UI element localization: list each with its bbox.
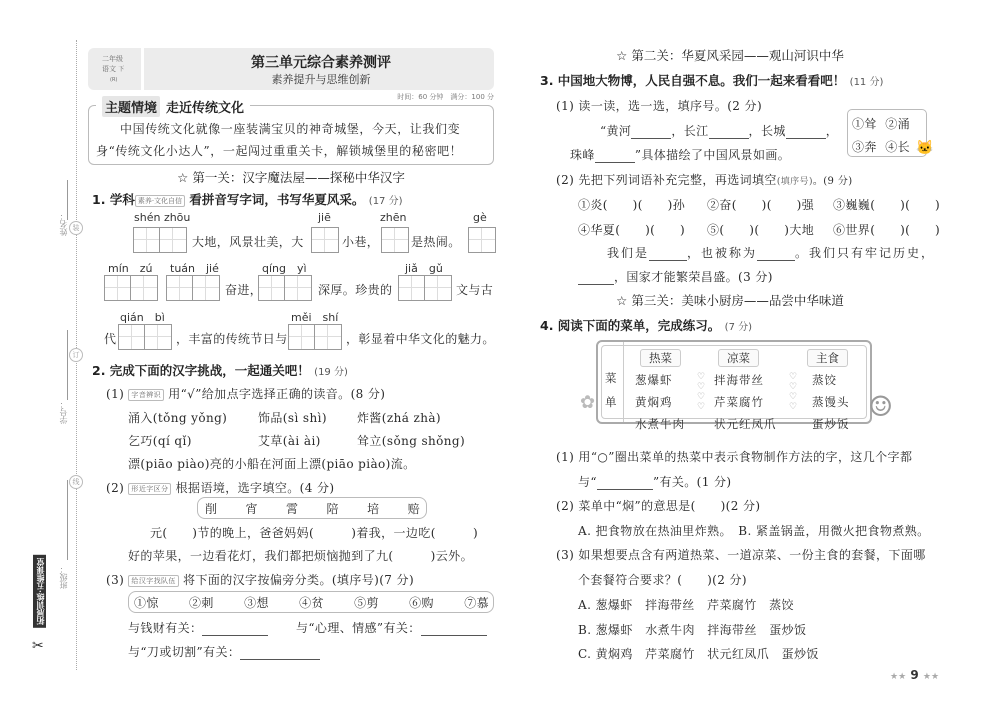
q3-score: (11 分) <box>850 77 884 88</box>
page-number: ★★ 9 ★★ <box>890 668 939 682</box>
word-6[interactable]: ⑥世界( )( ) <box>833 221 940 238</box>
sub-text: 用“√”给加点字选择正确的读音。(8 分) <box>168 387 385 401</box>
char-row: ①惊 ②刺 ③想 ④贫 ⑤剪 ⑥购 ⑦慕 <box>134 594 489 611</box>
level1-title: ☆ 第一关：汉字魔法屋——探秘中华汉字 <box>88 168 494 186</box>
text: 我们是 <box>607 246 649 260</box>
q1-text1: 大地，风景壮美，大 <box>192 233 304 250</box>
class-underline <box>67 480 68 560</box>
sub-label: (1) <box>106 387 124 401</box>
option: ②涌 <box>885 117 910 131</box>
option: ③奔 <box>852 140 877 154</box>
char-grid-tuanjie[interactable] <box>166 275 220 301</box>
pron-item-2[interactable]: 饰品(sì shì) <box>258 409 327 426</box>
text: 与“ <box>578 475 597 489</box>
pinyin-meishi: měi shí <box>291 309 338 325</box>
page-num-value: 9 <box>910 668 918 682</box>
option-row-2: ③奔 ④长 <box>852 138 910 155</box>
menu-item: 黄焖鸡 <box>635 394 673 410</box>
heart-divider-icon: ♡♡♡♡ <box>789 372 797 412</box>
menu-col-cold: 凉菜 <box>718 349 759 367</box>
q4-sub2[interactable]: (2) 菜单中“焖”的意思是( )(2 分) <box>556 497 760 514</box>
word-5[interactable]: ⑤( )( )大地 <box>707 221 814 238</box>
heart-divider-icon: ♡♡♡♡ <box>697 372 705 412</box>
q3-sub1-title: (1) 读一读，选一选，填序号。(2 分) <box>556 97 762 114</box>
char-grid-jiagu[interactable] <box>398 275 452 301</box>
choice-char: 霄 <box>286 500 298 517</box>
option: ①耸 <box>852 117 877 131</box>
sub-label: (2) <box>106 481 124 495</box>
star-icon: ★★ <box>890 672 906 682</box>
sub-tag: 字音辨识 <box>128 389 164 401</box>
cat-illustration-icon: 🐱 <box>916 140 933 156</box>
theme-tag: 主题情境 <box>102 96 160 117</box>
menu-side-char: 单 <box>605 394 618 410</box>
q1-text3: 是热闹。 <box>411 233 461 250</box>
page-title: 第三单元综合素养测评 <box>148 52 494 72</box>
menu-item: 蒸饺 <box>812 372 837 388</box>
char-grid-jie[interactable] <box>311 227 339 253</box>
q1-text4: 奋进， <box>225 281 262 298</box>
q1-text5: 深厚。珍贵的 <box>318 281 392 298</box>
answer-blank[interactable] <box>597 489 653 490</box>
pinyin-ge: gè <box>473 211 487 224</box>
char-grid-qingyi[interactable] <box>258 275 312 301</box>
menu-item: 蛋炒饭 <box>812 416 850 432</box>
q1-prefix: 学科 <box>110 192 135 207</box>
answer-blank[interactable] <box>709 138 749 139</box>
pinyin-zhen: zhēn <box>380 211 407 224</box>
score: 。(9 分) <box>813 176 853 187</box>
choice-char: 赔 <box>408 500 420 517</box>
bind-circle-3: 线 <box>69 475 83 489</box>
word-3[interactable]: ③巍巍( )( ) <box>833 196 940 213</box>
edition-label: (R) <box>102 75 141 85</box>
pinyin-qianbi: qián bì <box>120 309 165 325</box>
pinyin-jie: jiē <box>318 211 331 224</box>
choice-row: 削 宵 霄 陪 培 赔 <box>205 500 420 517</box>
text: ，也被称为 <box>687 246 757 260</box>
q1-text: 看拼音写字词，书写华夏风采。 <box>189 192 364 207</box>
text: ”具体描绘了中国风景如画。 <box>635 148 790 162</box>
cat-label: 与“心理、情感”有关： <box>296 621 421 635</box>
char-grid-ge[interactable] <box>468 227 496 253</box>
q2-text: 2. 完成下面的汉字挑战，一起通关吧！ <box>92 363 310 378</box>
cut-tag: 拓展训练·五维课堂 <box>33 555 46 628</box>
q3-sub2-title: (2) 先把下列词语补充完整，再选词填空(填序号)。(9 分) <box>556 171 853 188</box>
pron-item-5[interactable]: 艾草(ài ài) <box>258 432 321 449</box>
scissors-icon: ✂ <box>32 638 44 654</box>
bind-circle-1: 装 <box>69 221 83 235</box>
text: ， <box>826 124 838 138</box>
flower-decoration-icon: ✿ <box>580 392 595 413</box>
choice-char: 培 <box>367 500 379 517</box>
pinyin-minzu: mín zú <box>108 260 153 276</box>
cat-money: 与钱财有关： <box>128 619 268 636</box>
char-grid-shenzhou[interactable] <box>133 227 187 253</box>
q4-option-a[interactable]: A. 葱爆虾 拌海带丝 芹菜腐竹 蒸饺 <box>578 596 794 613</box>
text: 。我们只有牢记历史， <box>795 246 935 260</box>
choice-char: 宵 <box>246 500 258 517</box>
volume-label: 下 <box>118 66 124 73</box>
pron-item-3[interactable]: 炸酱(zhá zhà) <box>357 409 441 426</box>
answer-blank[interactable] <box>202 635 268 636</box>
char-option: ⑥购 <box>409 594 434 611</box>
q2-sub3-title: (3) 给汉字找队伍 将下面的汉字按偏旁分类。(填序号)(7 分) <box>106 571 414 588</box>
q4-sub3-line1: (3) 如果想要点含有两道热菜、一道凉菜、一份主食的套餐，下面哪 <box>556 546 926 563</box>
text: ，国家才能繁荣昌盛。(3 分) <box>614 270 773 284</box>
menu-item: 状元红凤爪 <box>714 416 777 432</box>
answer-blank[interactable] <box>595 162 635 163</box>
q1-tag: 素养·文化自信 <box>135 195 185 207</box>
menu-item: 水煮牛肉 <box>635 416 685 432</box>
answer-blank[interactable] <box>757 260 795 261</box>
theme-heading: 主题情境 走近传统文化 <box>96 96 250 117</box>
q2-title: 2. 完成下面的汉字挑战，一起通关吧！ (19 分) <box>92 361 348 379</box>
id-underline <box>67 330 68 400</box>
text: “黄河 <box>600 124 631 138</box>
q4-sub3-line2[interactable]: 个套餐符合要求？( )(2 分) <box>578 571 747 588</box>
text: ，长城 <box>749 124 786 138</box>
answer-blank[interactable] <box>786 138 826 139</box>
level2-title: ☆ 第二关：华夏风采园——观山河识中华 <box>540 46 920 64</box>
grade-badge: 二年级 语文 下 (R) <box>88 48 144 90</box>
sub-text: 根据语境，选字填空。(4 分) <box>176 481 335 495</box>
pinyin-jiagu: jiǎ gǔ <box>405 260 443 276</box>
q1-text8: ，丰富的传统节日与 <box>176 330 288 347</box>
q2-score: (19 分) <box>314 367 348 378</box>
bind-circle-2: 订 <box>69 348 83 362</box>
char-grid-meishi[interactable] <box>288 324 342 350</box>
q4-sub1-line2: 与“”有关。(1 分) <box>578 473 732 490</box>
page-subtitle: 素养提升与思维创新 <box>148 71 494 87</box>
q3-sub1-line1: “黄河，长江，长城， <box>600 122 838 139</box>
word-4[interactable]: ④华夏( )( ) <box>578 221 685 238</box>
pron-item-6[interactable]: 耸立(sǒng shǒng) <box>357 432 465 449</box>
answer-blank[interactable] <box>631 138 671 139</box>
pron-item-7[interactable]: 漂(piāo piào)亮的小船在河面上漂(piāo piào)流。 <box>128 455 416 472</box>
answer-blank[interactable] <box>649 260 687 261</box>
text: ，长江 <box>671 124 708 138</box>
sub-tag: 给汉字找队伍 <box>128 575 178 587</box>
word-2[interactable]: ②奋( )( )强 <box>707 196 814 213</box>
q1-text6: 文与古 <box>456 281 493 298</box>
subject-label: 语文 <box>102 65 116 73</box>
page-header: 二年级 语文 下 (R) 第三单元综合素养测评 素养提升与思维创新 <box>88 48 494 90</box>
q1-score: (17 分) <box>369 196 403 207</box>
class-label: 班级： <box>58 565 69 589</box>
theme-title: 走近传统文化 <box>166 97 244 116</box>
menu-side-char: 菜 <box>605 370 618 386</box>
menu-item: 蒸馒头 <box>812 394 850 410</box>
choice-char: 陪 <box>327 500 339 517</box>
q1-text9: ，彰显着中华文化的魅力。 <box>346 330 495 347</box>
answer-blank[interactable] <box>240 659 320 660</box>
q2-sub1-title: (1) 字音辨识 用“√”给加点字选择正确的读音。(8 分) <box>106 385 385 402</box>
char-option: ⑤剪 <box>354 594 379 611</box>
menu-item: 芹菜腐竹 <box>714 394 764 410</box>
q4-title: 4. 阅读下面的菜单，完成练习。 (7 分) <box>540 316 752 334</box>
cat-label: 与“刀或切割”有关： <box>128 645 240 659</box>
q4-text: 4. 阅读下面的菜单，完成练习。 <box>540 318 720 333</box>
pinyin-shenzhou: shén zhōu <box>134 211 190 224</box>
q1-num: 1. <box>92 192 105 207</box>
sub-text: 将下面的汉字按偏旁分类。(填序号)(7 分) <box>183 573 414 587</box>
char-option: ③想 <box>244 594 269 611</box>
pron-item-1[interactable]: 涌入(tǒng yǒng) <box>128 409 227 426</box>
fill-line-2[interactable]: 好的苹果，一边看花灯，我们都把烦恼抛到了九( )云外。 <box>128 547 473 564</box>
answer-blank[interactable] <box>421 635 487 636</box>
q1-text7: 代 <box>104 330 116 347</box>
option: ④长 <box>885 140 910 154</box>
char-option: ④贫 <box>299 594 324 611</box>
pron-item-4[interactable]: 乞巧(qí qǐ) <box>128 432 192 449</box>
menu-item: 拌海带丝 <box>714 372 764 388</box>
answer-blank[interactable] <box>578 284 614 285</box>
text: (填序号) <box>777 177 813 187</box>
id-label: 学号： <box>58 400 69 424</box>
cat-label: 与钱财有关： <box>128 621 202 635</box>
time-info: 时间：60 分钟 满分：100 分 <box>397 92 494 102</box>
q4-score: (7 分) <box>725 322 752 333</box>
cat-knife: 与“刀或切割”有关： <box>128 643 320 660</box>
fill-line-1[interactable]: 元( )节的晚上，爸爸妈妈( )着我，一边吃( ) <box>150 524 478 541</box>
q3-sentence-1: 我们是，也被称为。我们只有牢记历史， <box>607 244 935 261</box>
q4-sub2-options: A. 把食物放在热油里炸熟。 B. 紧盖锅盖，用微火把食物煮熟。 <box>578 522 930 539</box>
text: ”有关。(1 分) <box>653 475 732 489</box>
q4-sub1-line1: (1) 用“○”圈出菜单的热菜中表示食物制作方法的字，这几个字都 <box>556 448 912 465</box>
word-1[interactable]: ①炎( )( )孙 <box>578 196 685 213</box>
q3-sub1-line2: 珠峰”具体描绘了中国风景如画。 <box>570 146 790 163</box>
char-option: ⑦慕 <box>464 594 489 611</box>
q1-title: 1. 学科素养·文化自信 看拼音写字词，书写华夏风采。 (17 分) <box>92 190 403 208</box>
text: (2) 先把下列词语补充完整，再选词填空 <box>556 173 777 187</box>
option-row-1: ①耸 ②涌 <box>852 115 910 132</box>
pinyin-tuanjie: tuán jié <box>170 260 219 276</box>
name-label: 姓名： <box>58 212 69 236</box>
char-grid-zhen[interactable] <box>381 227 409 253</box>
level3-title: ☆ 第三关：美味小厨房——品尝中华味道 <box>540 291 920 309</box>
grade-label: 二年级 <box>102 54 141 64</box>
cat-heart: 与“心理、情感”有关： <box>296 619 487 636</box>
char-grid-qianbi[interactable] <box>118 324 172 350</box>
char-grid-minzu[interactable] <box>104 275 158 301</box>
char-option: ①惊 <box>134 594 159 611</box>
q3-title: 3. 中国地大物博，人民自强不息。我们一起来看看吧！ (11 分) <box>540 71 883 89</box>
menu-col-hot: 热菜 <box>640 349 681 367</box>
q3-text: 3. 中国地大物博，人民自强不息。我们一起来看看吧！ <box>540 73 845 88</box>
q4-option-b[interactable]: B. 葱爆虾 水煮牛肉 拌海带丝 蛋炒饭 <box>578 621 806 638</box>
menu-item: 葱爆虾 <box>635 372 673 388</box>
q4-option-c[interactable]: C. 黄焖鸡 芹菜腐竹 状元红凤爪 蛋炒饭 <box>578 645 819 662</box>
binding-margin: 装 订 线 姓名： 学号： 班级： 拓展训练·五维课堂 ✂ <box>0 0 80 711</box>
char-option: ②刺 <box>189 594 214 611</box>
theme-body: 中国传统文化就像一座装满宝贝的神奇城堡，今天，让我们变身“传统文化小达人”，一起… <box>96 118 490 162</box>
sub-tag: 形近字区分 <box>128 483 171 495</box>
star-icon: ★★ <box>923 672 939 682</box>
q1-text2: 小巷， <box>342 233 379 250</box>
q3-sentence-2: ，国家才能繁荣昌盛。(3 分) <box>578 268 773 285</box>
menu-col-staple: 主食 <box>807 349 848 367</box>
text: 珠峰 <box>570 148 595 162</box>
choice-char: 削 <box>205 500 217 517</box>
sub-label: (3) <box>106 573 124 587</box>
chef-illustration-icon: ☺ <box>868 390 893 423</box>
pinyin-qingyi: qíng yì <box>262 260 307 276</box>
q2-sub2-title: (2) 形近字区分 根据语境，选字填空。(4 分) <box>106 479 334 496</box>
